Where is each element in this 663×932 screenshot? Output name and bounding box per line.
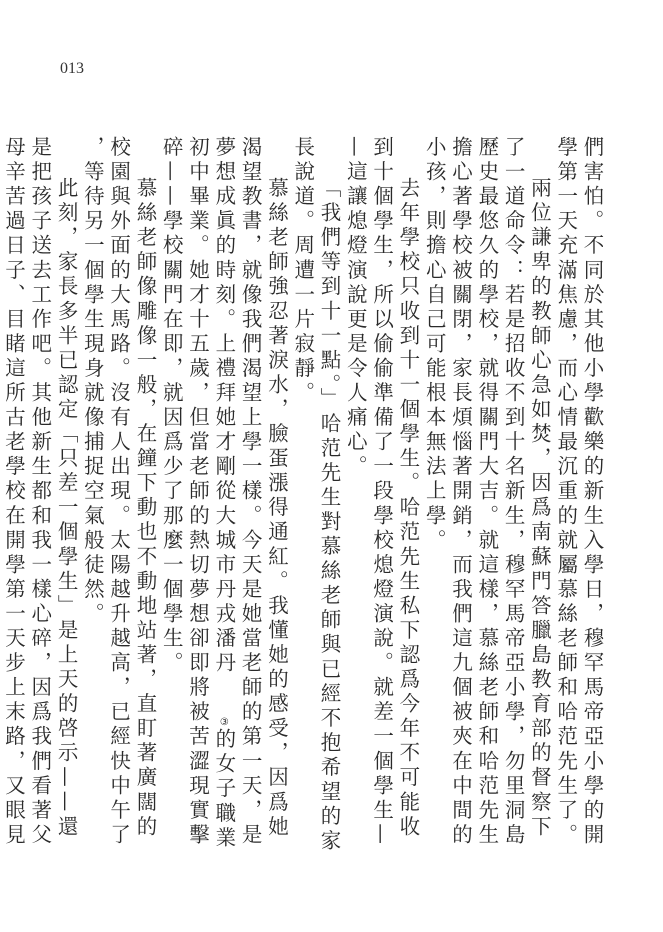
page-number: 013 [60,60,84,78]
paragraph: 「我們等到十一點。」哈范先生對慕絲老師與已經不抱希望的家長說道。周遭一片寂靜。 [289,136,342,861]
body-text: 們害怕。不同於其他小學歡樂的新生入學日，穆罕馬帝亞小學的開學第一天充滿焦慮，而心… [0,136,605,861]
paragraph: 兩位謙卑的教師心急如焚，因爲南蘇門答臘島教育部的督察下了一道命令：若是招收不到十… [421,136,552,861]
paragraph: 們害怕。不同於其他小學歡樂的新生入學日，穆罕馬帝亞小學的開學第一天充滿焦慮，而心… [552,136,605,861]
paragraph: 慕絲老師像雕像一般，在鐘下動也不動地站著，直盯著廣闊的校園與外面的大馬路。沒有人… [79,136,158,861]
paragraph: 慕絲老師強忍著淚水，臉蛋漲得通紅。我懂她的感受，因爲她渴望教書，就像我們渴望上學… [158,136,289,861]
paragraph: 此刻，家長多半已認定「只差一個學生」是上天的啓示——還是把孩子送去工作吧。其他新… [0,136,79,861]
paragraph: 去年學校只收到十一個學生。哈范先生私下認爲今年不可能收到十個學生，所以偷偷準備了… [342,136,421,861]
footnote-marker[interactable]: ③ [211,676,237,728]
